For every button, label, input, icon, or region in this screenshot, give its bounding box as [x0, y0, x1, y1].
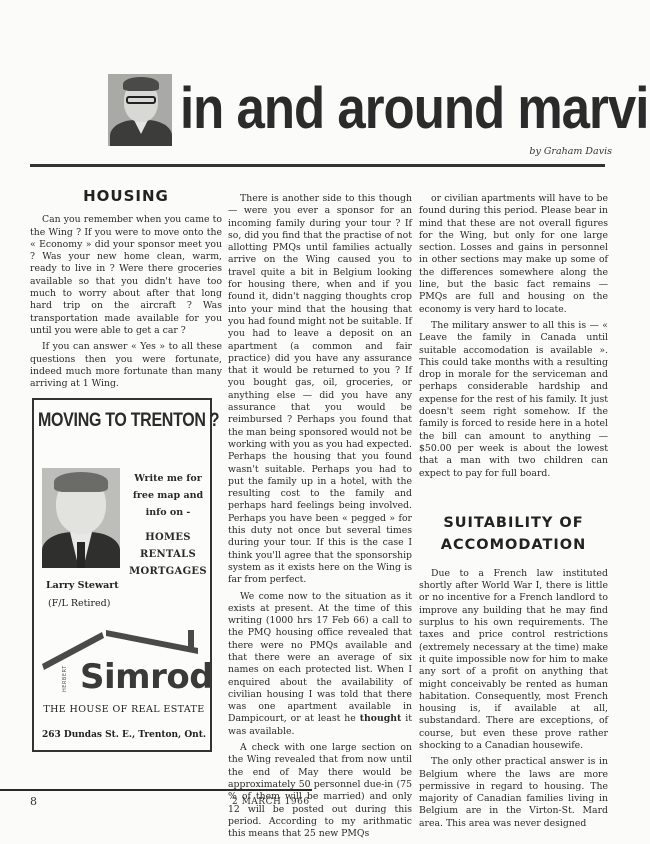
paragraph: The only other practical answer is in Be…: [419, 756, 608, 830]
pitch-line: info on -: [126, 504, 210, 521]
paragraph: or civilian apartments will have to be f…: [419, 193, 608, 316]
author-photo: [108, 74, 172, 146]
pitch-line: free map and: [126, 487, 210, 504]
ad-tagline: THE HOUSE OF REAL ESTATE: [38, 704, 210, 715]
agent-photo: [42, 468, 120, 568]
simrod-logo: HERBERT Simrod: [40, 626, 208, 696]
logo-word: Simrod: [80, 660, 213, 694]
column-1: HOUSING Can you remember when you came t…: [30, 190, 222, 394]
column-title: in and around marville: [180, 80, 611, 138]
header-rule: [30, 164, 605, 167]
footer-rule: [0, 789, 312, 791]
byline: by Graham Davis: [529, 146, 612, 157]
real-estate-advertisement: MOVING TO TRENTON ? Write me for free ma…: [32, 398, 212, 752]
page-number: 8: [30, 795, 37, 808]
agent-rank: (F/L Retired): [48, 598, 110, 609]
issue-date: 2 MARCH 1966: [232, 797, 310, 807]
ad-pitch: Write me for free map and info on - HOME…: [126, 470, 210, 580]
paragraph: The military answer to all this is — « L…: [419, 320, 608, 480]
logo-small-text: HERBERT: [62, 665, 68, 692]
paragraph: There is another side to this though — w…: [228, 193, 412, 587]
paragraph: We come now to the situation as it exist…: [228, 591, 412, 739]
service-item: MORTGAGES: [126, 563, 210, 580]
agent-name: Larry Stewart: [46, 580, 119, 591]
ad-address: 263 Dundas St. E., Trenton, Ont.: [38, 730, 210, 740]
section-heading-housing: HOUSING: [30, 190, 222, 202]
paragraph: If you can answer « Yes » to all these q…: [30, 341, 222, 390]
service-item: RENTALS: [126, 546, 210, 563]
column-2: There is another side to this though — w…: [228, 193, 412, 844]
section-heading-suitability: SUITABILITY OF ACCOMODATION: [419, 512, 608, 556]
pitch-line: Write me for: [126, 470, 210, 487]
emphasis: thought: [360, 713, 402, 724]
service-item: HOMES: [126, 529, 210, 546]
column-3: or civilian apartments will have to be f…: [419, 193, 608, 834]
paragraph: Due to a French law instituted shortly a…: [419, 568, 608, 752]
ad-title: MOVING TO TRENTON ?: [38, 410, 210, 432]
paragraph: Can you remember when you came to the Wi…: [30, 214, 222, 337]
paragraph: A check with one large section on the Wi…: [228, 742, 412, 840]
